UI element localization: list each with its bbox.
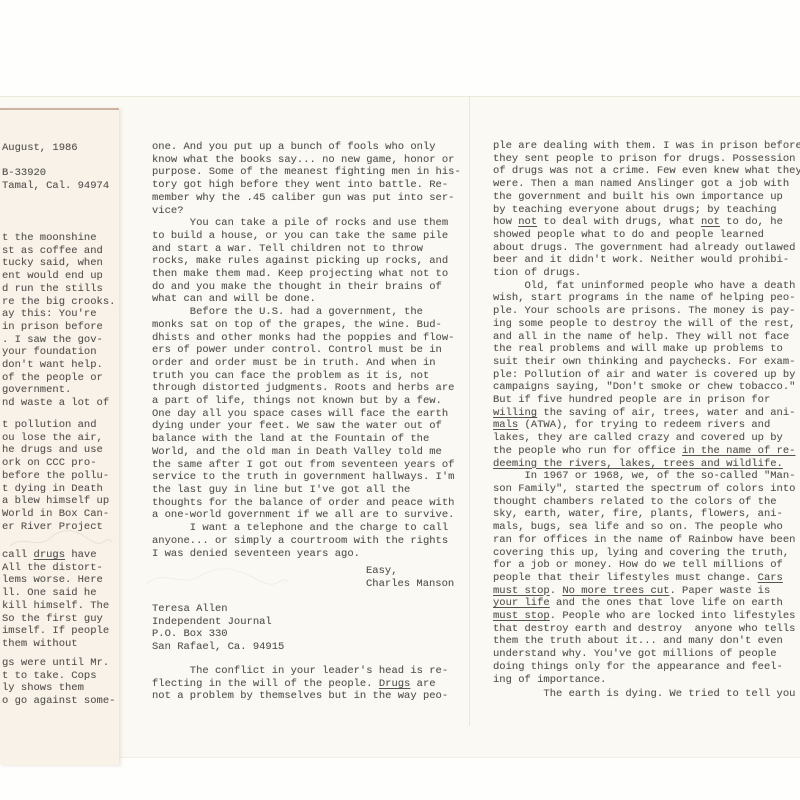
text-line: willing the saving of air, trees, water … <box>493 407 800 420</box>
page-seam <box>469 96 470 726</box>
text-line: Teresa Allen <box>152 603 284 616</box>
text-line: I want a telephone and the charge to cal… <box>152 522 461 535</box>
text-line: people that their lifestyles must change… <box>493 572 800 585</box>
text-line: wish, start programs in the name of help… <box>493 292 800 305</box>
text-line: suit their own thinking and paychecks. F… <box>493 356 800 369</box>
text-line: sky, earth, water, fire, plants, flowers… <box>493 508 800 521</box>
text-line: balance with the land at the Fountain of… <box>152 433 461 446</box>
text-line: the government and built his own importa… <box>493 191 800 204</box>
text-line: t dying in Death <box>2 483 109 496</box>
text-line: ple. Your schools are prisons. The money… <box>493 305 800 318</box>
text-line: tory got high before they went into batt… <box>152 179 461 192</box>
text-line: I was denied seventeen years ago. <box>152 548 461 561</box>
middle-column-closing: The conflict in your leader's head is re… <box>152 665 448 703</box>
text-line: the real problems and will make up probl… <box>493 343 800 356</box>
text-line: t to take. Cops <box>2 670 115 683</box>
text-line: them the truth about it... and many don'… <box>493 635 800 648</box>
text-line: One day all you space cases will face th… <box>152 408 461 421</box>
text-line: through distorted judgments. Roots and h… <box>152 382 461 395</box>
text-line: t the moonshine <box>2 232 115 245</box>
text-line: Old, fat uninformed people who have a de… <box>493 280 800 293</box>
text-line: ple: Pollution of air and water is cover… <box>493 369 800 382</box>
text-line: covering this up, lying and covering the… <box>493 547 800 560</box>
text-line: son Family", started the spectrum of col… <box>493 483 800 496</box>
right-column-body: ple are dealing with them. I was in pris… <box>493 140 800 686</box>
text-line: truth you can face the problem as it is,… <box>152 370 461 383</box>
recipient-address: Teresa AllenIndependent JournalP.O. Box … <box>152 603 284 654</box>
text-line: understand why. You've got millions of p… <box>493 648 800 661</box>
pencil-scribble <box>140 560 290 594</box>
text-line: Before the U.S. had a government, the <box>152 306 461 319</box>
text-line: ent would end up <box>2 270 115 283</box>
text-line: anyone... or simply a courtroom with the… <box>152 535 461 548</box>
text-line: San Rafael, Ca. 94915 <box>152 641 284 654</box>
text-line: know what the books say... no new game, … <box>152 154 461 167</box>
text-line: they sent people to prison for drugs. Po… <box>493 153 800 166</box>
text-line: tucky said, when <box>2 257 115 270</box>
middle-column-body: one. And you put up a bunch of fools who… <box>152 141 461 560</box>
text-line: before the pollu- <box>2 470 109 483</box>
text-line: don't want help. <box>2 359 115 372</box>
text-line: mals (ATWA), for trying to redeem rivers… <box>493 419 800 432</box>
text-line: vice? <box>152 205 461 218</box>
left-column-paragraph-4: gs were until Mr.t to take. Copsly shows… <box>2 657 115 708</box>
text-line: World, and the old man in Death Valley t… <box>152 446 461 459</box>
text-line: were. Then a man named Anslinger got a j… <box>493 178 800 191</box>
text-line: must stop. No more trees cut. Paper wast… <box>493 585 800 598</box>
text-line: ing some people to destroy the will of t… <box>493 318 800 331</box>
text-line: ple are dealing with them. I was in pris… <box>493 140 800 153</box>
text-line: campaigns saying, "Don't smoke or chew t… <box>493 381 800 394</box>
text-line: your foundation <box>2 346 115 359</box>
text-line: lakes, they are called crazy and covered… <box>493 432 800 445</box>
scanned-letter: August, 1986B-33920Tamal, Cal. 94974 t t… <box>0 0 800 800</box>
text-line: that destroy earth and destroy anyone wh… <box>493 623 800 636</box>
text-line: purpose. Some of the meanest fighting me… <box>152 166 461 179</box>
text-line: what can and will be done. <box>152 293 461 306</box>
text-line: ork on CCC pro- <box>2 457 109 470</box>
text-line: order and order must be in truth. And wh… <box>152 357 461 370</box>
text-line: kill himself. The <box>2 600 109 613</box>
text-line: about drugs. The government had already … <box>493 242 800 255</box>
text-line: The earth is dying. We tried to tell you <box>493 688 795 701</box>
text-line: ay this: You're <box>2 308 115 321</box>
text-line: ing of importance. <box>493 674 800 687</box>
text-line: member why the .45 caliber gun was put i… <box>152 192 461 205</box>
left-column-header: August, 1986B-33920Tamal, Cal. 94974 <box>2 142 109 193</box>
text-line: ll. One said he <box>2 587 109 600</box>
text-line: the people who run for office in the nam… <box>493 445 800 458</box>
text-line: World in Box Can- <box>2 508 109 521</box>
text-line: thought chambers related to the colors o… <box>493 496 800 509</box>
text-line: So the first guy <box>2 613 109 626</box>
text-line: You can take a pile of rocks and use the… <box>152 217 461 230</box>
text-line: of drugs was not a crime. Few even knew … <box>493 165 800 178</box>
text-line: dhists and other monks had the poppies a… <box>152 332 461 345</box>
text-line: do and you make the thought in their bra… <box>152 281 461 294</box>
text-line: in prison before <box>2 321 115 334</box>
text-line: your life and the ones that love life on… <box>493 597 800 610</box>
text-line: government. <box>2 384 115 397</box>
text-line: of the people or <box>2 372 115 385</box>
text-line: the same after I got out from seventeen … <box>152 459 461 472</box>
text-line: ran for offices in the name of Rainbow h… <box>493 534 800 547</box>
text-line: showed people what to do and people lear… <box>493 229 800 242</box>
left-column-paragraph-2: t pollution andou lose the air,he drugs … <box>2 419 109 533</box>
text-line: beer and it didn't work. Neither would p… <box>493 254 800 267</box>
text-line: call drugs have <box>2 549 109 562</box>
text-line: imself. If people <box>2 625 109 638</box>
text-line: Charles Manson <box>366 578 454 591</box>
text-line: flecting in the will of the people. Drug… <box>152 678 448 691</box>
text-line: and start a war. Tell children not to th… <box>152 243 461 256</box>
text-line: In 1967 or 1968, we, of the so-called "M… <box>493 470 800 483</box>
text-line: monks sat on top of the grapes, the wine… <box>152 319 461 332</box>
text-line: o go against some- <box>2 695 115 708</box>
text-line: lems worse. Here <box>2 574 109 587</box>
text-line: ou lose the air, <box>2 432 109 445</box>
text-line: All the distort- <box>2 562 109 575</box>
text-line: But if five hundred people are in prison… <box>493 394 800 407</box>
text-line: to build a house, or you can take the sa… <box>152 230 461 243</box>
text-line: t pollution and <box>2 419 109 432</box>
text-line: a part of life, things not known but by … <box>152 395 461 408</box>
text-line <box>2 155 109 168</box>
text-line: he drugs and use <box>2 444 109 457</box>
letter-signature: Easy,Charles Manson <box>366 565 454 590</box>
text-line: P.O. Box 330 <box>152 628 284 641</box>
text-line: must stop. People who are locked into li… <box>493 610 800 623</box>
text-line: a one-world government if we all are to … <box>152 509 461 522</box>
text-line: them without <box>2 638 109 651</box>
text-line: tion of drugs. <box>493 267 800 280</box>
text-line: the last guy in line but I've got all th… <box>152 484 461 497</box>
text-line: dying under your feet. We saw the water … <box>152 420 461 433</box>
text-line: d run the stills <box>2 283 115 296</box>
text-line: a blew himself up <box>2 495 109 508</box>
right-column-final-line: The earth is dying. We tried to tell you <box>493 688 795 701</box>
text-line: st as coffee and <box>2 245 115 258</box>
text-line: re the big crooks. <box>2 296 115 309</box>
text-line: Independent Journal <box>152 616 284 629</box>
text-line: ly shows them <box>2 682 115 695</box>
text-line: B-33920 <box>2 167 109 180</box>
text-line: gs were until Mr. <box>2 657 115 670</box>
text-line: not a problem by themselves but in the w… <box>152 690 448 703</box>
left-column-paragraph-1: t the moonshinest as coffee andtucky sai… <box>2 232 115 410</box>
text-line: then make them mad. Keep projecting what… <box>152 268 461 281</box>
text-line: rocks, make rules against picking up roc… <box>152 255 461 268</box>
text-line: by teaching everyone about drugs; by tea… <box>493 204 800 217</box>
text-line: Tamal, Cal. 94974 <box>2 180 109 193</box>
text-line: nd waste a lot of <box>2 397 115 410</box>
text-line: deeming the rivers, lakes, trees and wil… <box>493 458 800 471</box>
text-line: August, 1986 <box>2 142 109 155</box>
text-line: er River Project <box>2 521 109 534</box>
text-line: and all in the name of help. They will n… <box>493 331 800 344</box>
text-line: how not to deal with drugs, what not to … <box>493 216 800 229</box>
text-line: Easy, <box>366 565 454 578</box>
left-column-paragraph-3: call drugs haveAll the distort-lems wors… <box>2 549 109 651</box>
text-line: one. And you put up a bunch of fools who… <box>152 141 461 154</box>
text-line: for a job or money. How do we tell milli… <box>493 559 800 572</box>
text-line: . I saw the gov- <box>2 334 115 347</box>
text-line: mals, bugs, sea life and so on. The peop… <box>493 521 800 534</box>
text-line: thoughts for the balance of order and pe… <box>152 497 461 510</box>
text-line: service to the truth in government hallw… <box>152 471 461 484</box>
text-line: doing things only for the appearance and… <box>493 661 800 674</box>
text-line: ers of power under control. Control must… <box>152 344 461 357</box>
text-line: The conflict in your leader's head is re… <box>152 665 448 678</box>
